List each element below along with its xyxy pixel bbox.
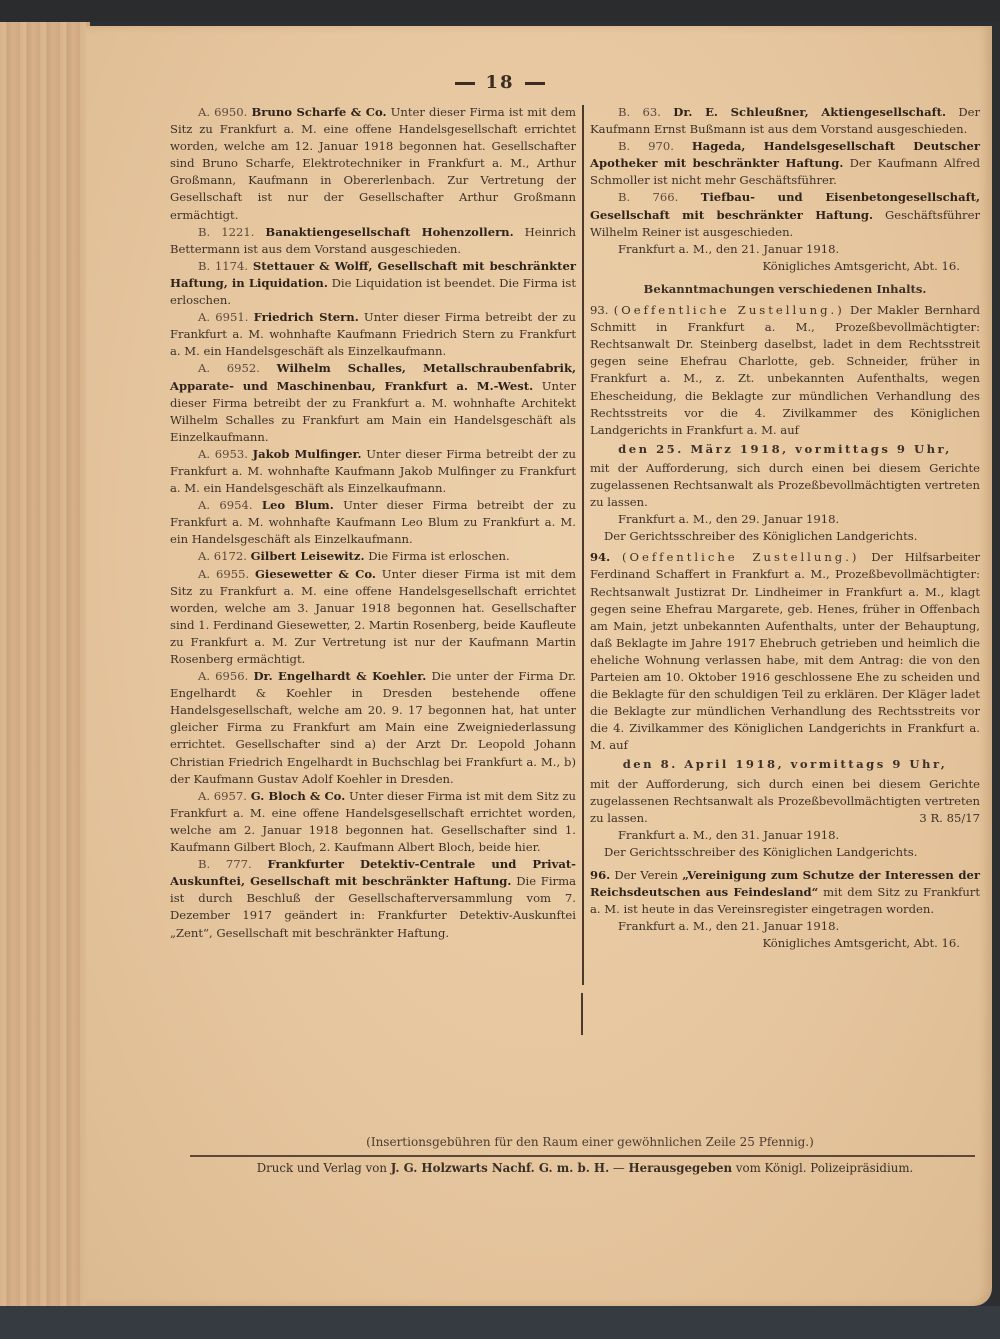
notice-type: (Oeffentliche Zustellung.) <box>614 303 845 317</box>
register-entry: A. 6955. Giesewetter & Co. Unter dieser … <box>170 566 576 669</box>
notice-request: mit der Aufforderung, sich durch einen b… <box>590 776 980 827</box>
entry-text: Die unter der Firma Dr. Engelhardt & Koe… <box>170 669 576 786</box>
notice-place-date: Frankfurt a. M., den 29. Januar 1918. <box>590 511 980 528</box>
entry-ref: A. 6172. <box>198 549 247 563</box>
entry-title: Giesewetter & Co. <box>255 567 376 581</box>
page-number: 18 <box>0 72 1000 93</box>
left-column: A. 6950. Bruno Scharfe & Co. Unter diese… <box>170 104 576 942</box>
entry-ref: A. 6954. <box>198 498 253 512</box>
notice-93: 93. (Oeffentliche Zustellung.) Der Makle… <box>590 302 980 439</box>
notice-signatory: Der Gerichtsschreiber des Königlichen La… <box>590 844 980 861</box>
entry-ref: A. 6950. <box>198 105 247 119</box>
page-stack-edges <box>0 22 90 1306</box>
register-entry: A. 6953. Jakob Mulfinger. Unter dieser F… <box>170 446 576 497</box>
notice-text: Der Verein <box>614 868 678 882</box>
section-heading: Bekanntmachungen verschiedenen Inhalts. <box>590 281 980 298</box>
entry-ref: B. 63. <box>618 105 661 119</box>
notice-text: Der Hilfsarbeiter Ferdinand Schaffert in… <box>590 550 980 752</box>
register-entry: B. 777. Frankfurter Detektiv-Centrale un… <box>170 856 576 941</box>
entry-ref: A. 6953. <box>198 447 248 461</box>
register-entry: A. 6172. Gilbert Leisewitz. Die Firma is… <box>170 548 576 565</box>
entry-ref: B. 777. <box>198 857 252 871</box>
register-entry: B. 1174. Stettauer & Wolff, Gesellschaft… <box>170 258 576 309</box>
imprint: Druck und Verlag von J. G. Holzwarts Nac… <box>190 1161 980 1175</box>
column-separator <box>582 105 584 985</box>
entry-title: Friedrich Stern. <box>254 310 359 324</box>
notice-text: Der Makler Bernhard Schmitt in Frankfurt… <box>590 303 980 437</box>
entry-ref: B. 1174. <box>198 259 248 273</box>
register-entry: A. 6951. Friedrich Stern. Unter dieser F… <box>170 309 576 360</box>
notice-request: mit der Aufforderung, sich durch einen b… <box>590 460 980 511</box>
entry-ref: A. 6955. <box>198 567 249 581</box>
hearing-date: den 8. April 1918, vormittags 9 Uhr, <box>590 756 980 773</box>
notice-authority: Königliches Amtsgericht, Abt. 16. <box>590 935 980 952</box>
notice-type: (Oeffentliche Zustellung.) <box>622 550 859 564</box>
dash-right <box>525 82 545 85</box>
imprint-dash: — <box>609 1161 628 1175</box>
notice-94: 94. (Oeffentliche Zustellung.) Der Hilfs… <box>590 549 980 754</box>
register-entry: B. 766. Tiefbau- und Eisenbetongesellsch… <box>590 189 980 240</box>
entry-title: Dr. Engelhardt & Koehler. <box>253 669 426 683</box>
insertion-fee-note: (Insertionsgebühren für den Raum einer g… <box>200 1135 980 1149</box>
scan-background-top <box>0 0 1000 22</box>
entry-ref: A. 6956. <box>198 669 248 683</box>
entry-title: Jakob Mulfinger. <box>253 447 362 461</box>
notice-number: 96. <box>590 868 610 882</box>
case-number: 3 R. 85/17 <box>919 810 980 827</box>
entry-text: Die Firma ist erloschen. <box>368 549 509 563</box>
entry-text: Unter dieser Firma ist mit dem Sitz zu F… <box>170 105 576 222</box>
hearing-date: den 25. März 1918, vormittags 9 Uhr, <box>590 441 980 458</box>
entry-ref: A. 6957. <box>198 789 247 803</box>
signoff-place-date: Frankfurt a. M., den 21. Januar 1918. <box>590 241 980 258</box>
notice-place-date: Frankfurt a. M., den 21. Januar 1918. <box>590 918 980 935</box>
notice-number: 94. <box>590 550 610 564</box>
imprint-text: Druck und Verlag von <box>257 1161 387 1175</box>
register-entry: A. 6952. Wilhelm Schalles, Metallschraub… <box>170 360 576 445</box>
register-entry: A. 6957. G. Bloch & Co. Unter dieser Fir… <box>170 788 576 856</box>
notice-signatory: Der Gerichtsschreiber des Königlichen La… <box>590 528 980 545</box>
entry-title: Bruno Scharfe & Co. <box>252 105 387 119</box>
signoff-authority: Königliches Amtsgericht, Abt. 16. <box>590 258 980 275</box>
entry-title: G. Bloch & Co. <box>251 789 346 803</box>
scan-background-bottom <box>0 1306 1000 1339</box>
dash-left <box>455 82 475 85</box>
scan-background-right <box>992 22 1000 1306</box>
entry-title: Banaktiengesellschaft Hohenzollern. <box>265 225 513 239</box>
register-entry: B. 63. Dr. E. Schleußner, Aktiengesellsc… <box>590 104 980 138</box>
right-column: B. 63. Dr. E. Schleußner, Aktiengesellsc… <box>590 104 980 953</box>
register-entry: B. 1221. Banaktiengesellschaft Hohenzoll… <box>170 224 576 258</box>
entry-text: Unter dieser Firma ist mit dem Sitz zu F… <box>170 567 576 666</box>
entry-ref: A. 6952. <box>198 361 260 375</box>
entry-title: Gilbert Leisewitz. <box>251 549 365 563</box>
entry-title: Leo Blum. <box>262 498 334 512</box>
notice-place-date: Frankfurt a. M., den 31. Januar 1918. <box>590 827 980 844</box>
column-separator-lower <box>581 993 583 1035</box>
imprint-issued: Herausgegeben <box>628 1161 732 1175</box>
imprint-authority: vom Königl. Polizeipräsidium. <box>736 1161 913 1175</box>
entry-ref: B. 766. <box>618 190 678 204</box>
register-entry: A. 6950. Bruno Scharfe & Co. Unter diese… <box>170 104 576 224</box>
register-entry: A. 6956. Dr. Engelhardt & Koehler. Die u… <box>170 668 576 788</box>
footer-rule <box>190 1155 975 1157</box>
entry-ref: B. 1221. <box>198 225 254 239</box>
entry-title: Dr. E. Schleußner, Aktiengesellschaft. <box>673 105 946 119</box>
notice-number: 93. <box>590 303 608 317</box>
register-entry: A. 6954. Leo Blum. Unter dieser Firma be… <box>170 497 576 548</box>
entry-ref: A. 6951. <box>198 310 248 324</box>
page-number-value: 18 <box>485 72 514 93</box>
notice-96: 96. Der Verein „Vereinigung zum Schutze … <box>590 867 980 918</box>
imprint-publisher: J. G. Holzwarts Nachf. G. m. b. H. <box>391 1161 610 1175</box>
register-entry: B. 970. Hageda, Handelsgesellschaft Deut… <box>590 138 980 189</box>
entry-ref: B. 970. <box>618 139 674 153</box>
